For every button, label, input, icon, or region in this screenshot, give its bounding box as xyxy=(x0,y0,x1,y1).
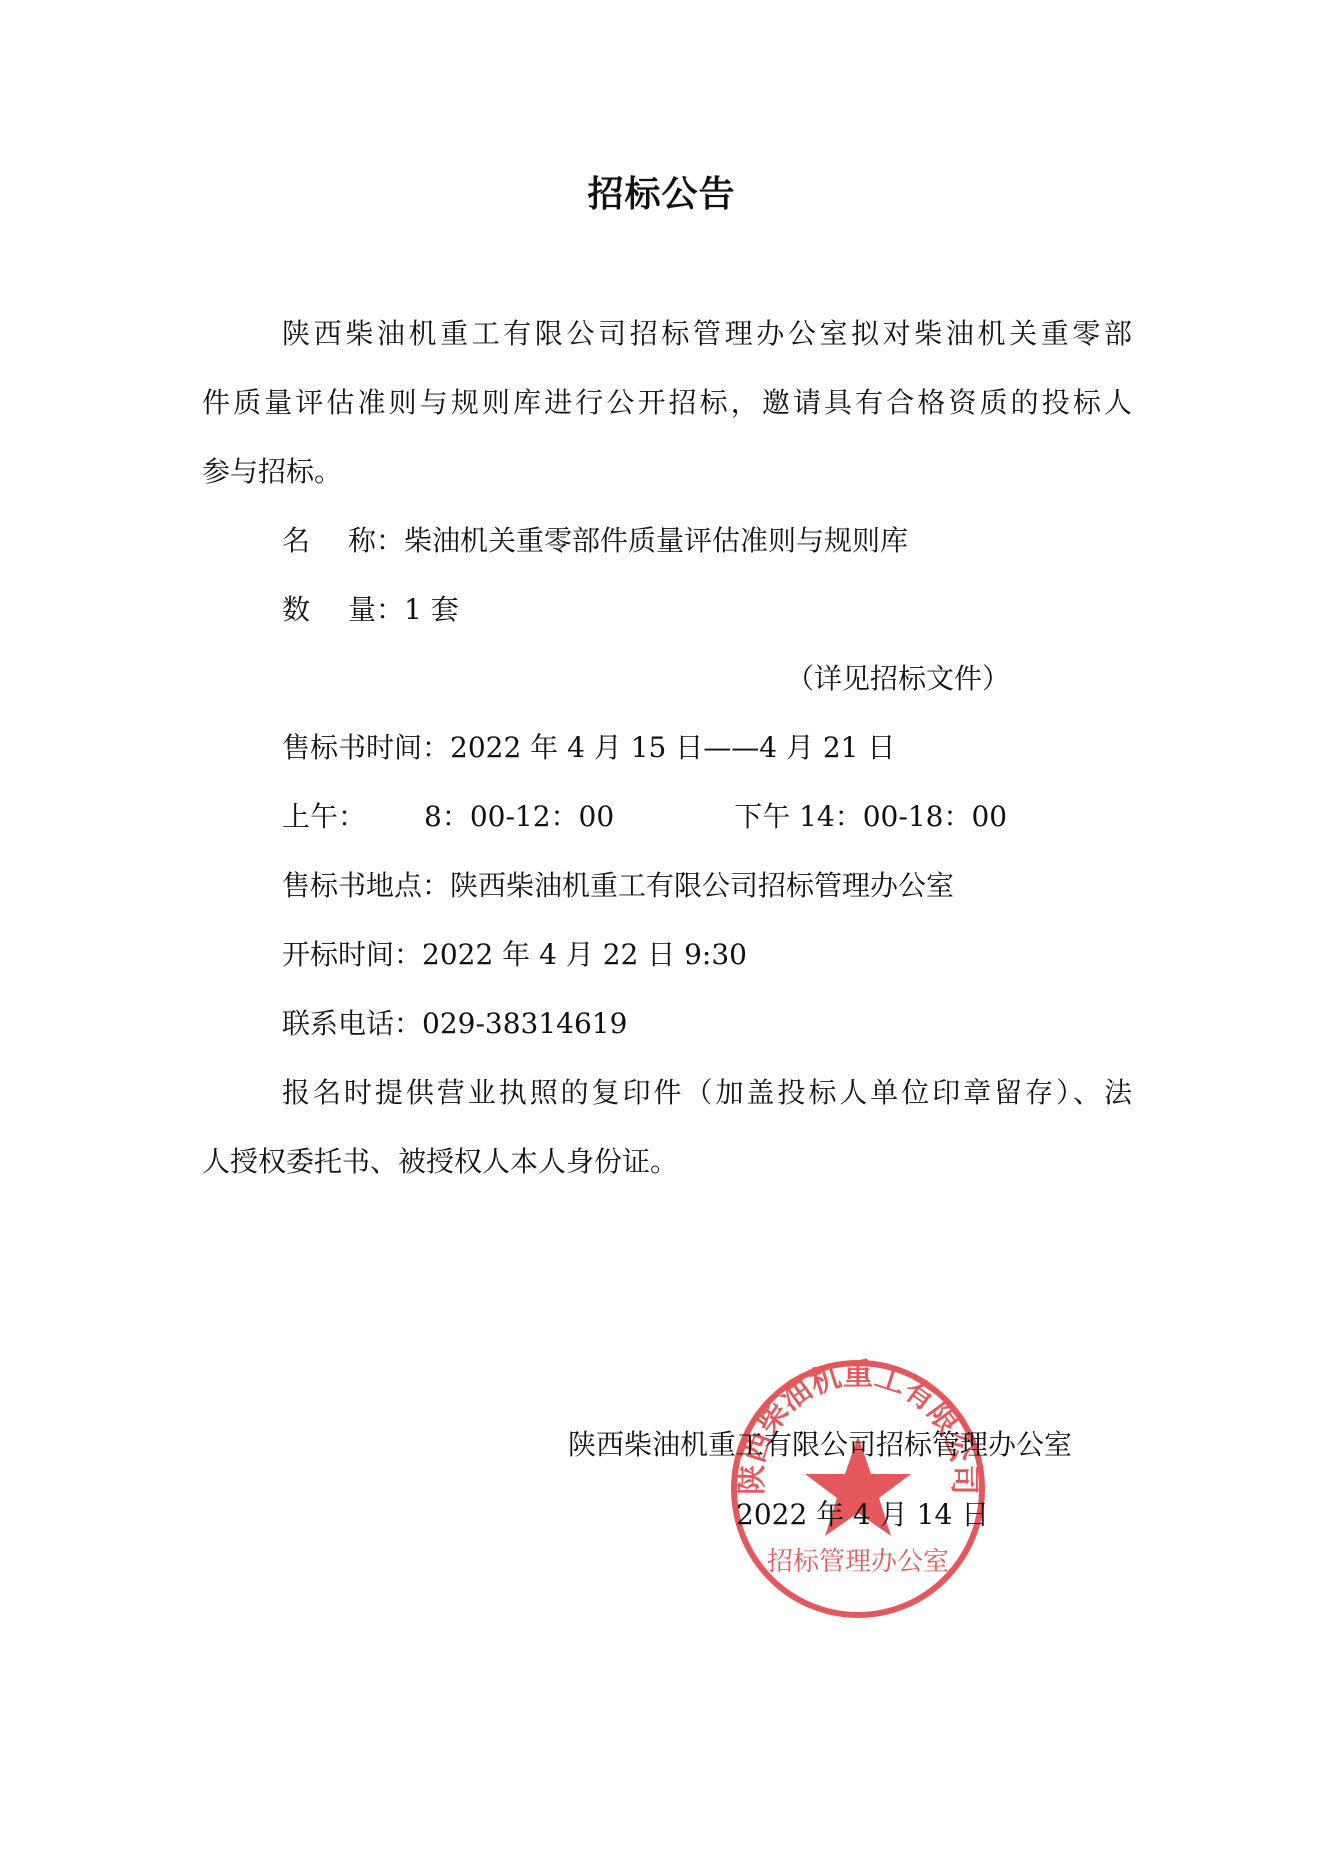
field-phone: 联系电话：029-38314619 xyxy=(282,1004,627,1044)
field-phone-value: 029-38314619 xyxy=(422,1007,627,1040)
field-sale-location-label: 售标书地点： xyxy=(282,869,450,902)
signature-date: 2022 年 4 月 14 日 xyxy=(736,1495,989,1535)
tender-doc-note: （详见招标文件） xyxy=(786,659,1010,699)
field-quantity-label-b: 量： xyxy=(348,593,404,626)
field-phone-label: 联系电话： xyxy=(282,1007,422,1040)
field-name-label-a: 名 xyxy=(282,524,310,557)
requirements-line-2: 人授权委托书、被授权人本人身份证。 xyxy=(202,1142,1132,1182)
field-hours: 上午：8：00-12：00下午 14：00-18：00 xyxy=(282,797,1007,837)
intro-line-2: 件质量评估准则与规则库进行公开招标，邀请具有合格资质的投标人 xyxy=(202,383,1132,423)
field-sale-time: 售标书时间：2022 年 4 月 15 日——4 月 21 日 xyxy=(282,728,895,768)
field-quantity: 数量：1 套 xyxy=(282,590,459,630)
afternoon-label: 下午 xyxy=(734,800,790,833)
field-name-label-b: 称： xyxy=(348,524,404,557)
requirements-line-1: 报名时提供营业执照的复印件（加盖投标人单位印章留存）、法 xyxy=(282,1073,1132,1113)
afternoon-hours: 14：00-18：00 xyxy=(799,800,1007,833)
field-quantity-label-a: 数 xyxy=(282,593,310,626)
morning-label: 上午： xyxy=(282,800,366,833)
seal-inner-text: 招标管理办公室 xyxy=(767,1547,949,1577)
field-opening-time: 开标时间：2022 年 4 月 22 日 9:30 xyxy=(282,935,747,975)
field-opening-time-value: 2022 年 4 月 22 日 9:30 xyxy=(422,938,747,971)
document-page: 招标公告 陕西柴油机重工有限公司招标管理办公室拟对柴油机关重零部 件质量评估准则… xyxy=(0,0,1323,1871)
field-name-value: 柴油机关重零部件质量评估准则与规则库 xyxy=(404,524,908,557)
field-quantity-value: 1 套 xyxy=(404,593,459,626)
field-sale-time-value: 2022 年 4 月 15 日——4 月 21 日 xyxy=(450,731,895,764)
official-seal: 陕西柴油机重工有限公司 招标管理办公室 xyxy=(728,1358,988,1620)
field-sale-time-label: 售标书时间： xyxy=(282,731,450,764)
field-sale-location: 售标书地点：陕西柴油机重工有限公司招标管理办公室 xyxy=(282,866,954,906)
intro-line-3: 参与招标。 xyxy=(202,452,1132,492)
page-title: 招标公告 xyxy=(0,170,1323,220)
intro-line-1: 陕西柴油机重工有限公司招标管理办公室拟对柴油机关重零部 xyxy=(282,314,1132,354)
morning-hours: 8：00-12：00 xyxy=(424,800,614,833)
field-name: 名称：柴油机关重零部件质量评估准则与规则库 xyxy=(282,521,908,561)
field-sale-location-value: 陕西柴油机重工有限公司招标管理办公室 xyxy=(450,869,954,902)
signature-organization: 陕西柴油机重工有限公司招标管理办公室 xyxy=(568,1425,1072,1465)
field-opening-time-label: 开标时间： xyxy=(282,938,422,971)
